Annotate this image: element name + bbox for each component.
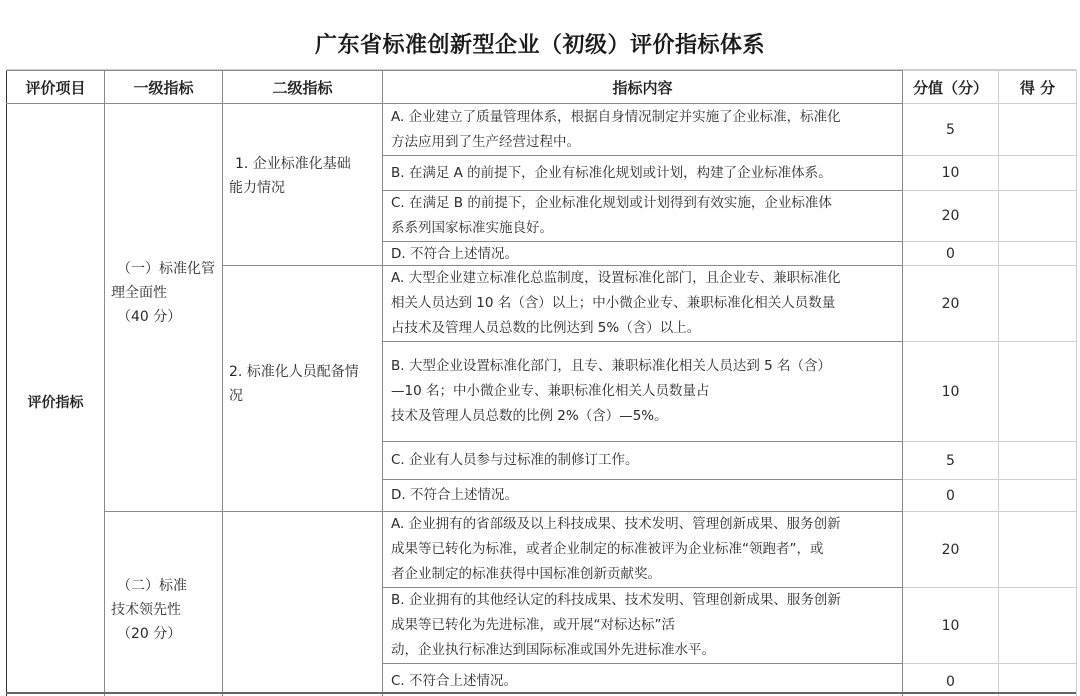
- header-level1: 一级指标: [105, 71, 223, 104]
- score-input-cell[interactable]: [999, 588, 1077, 664]
- points-cell: 5: [903, 442, 999, 480]
- content-cell: D. 不符合上述情况。: [383, 480, 903, 512]
- level2-cell-empty: [223, 512, 383, 696]
- header-level2: 二级指标: [223, 71, 383, 104]
- level1-line: （20 分）: [111, 622, 216, 646]
- content-line: B. 在满足 A 的前提下，企业有标准化规划或计划，构建了企业标准体系。: [391, 161, 894, 186]
- table-header-row: 评价项目 一级指标 二级指标 指标内容 分值（分） 得 分: [7, 71, 1077, 104]
- points-cell: 20: [903, 266, 999, 342]
- score-input-cell[interactable]: [999, 191, 1077, 242]
- content-line: A. 企业拥有的省部级及以上科技成果、技术发明、管理创新成果、服务创新: [391, 512, 894, 537]
- content-line: 占技术及管理人员总数的比例达到 5%（含）以上。: [391, 316, 894, 341]
- header-points: 分值（分）: [903, 71, 999, 104]
- level1-line: 理全面性: [111, 281, 216, 305]
- level2-cell: 2. 标准化人员配备情 况: [223, 266, 383, 512]
- content-line: D. 不符合上述情况。: [391, 243, 894, 265]
- content-line: A. 企业建立了质量管理体系，根据自身情况制定并实施了企业标准，标准化: [391, 105, 894, 130]
- points-cell: 10: [903, 588, 999, 664]
- content-line: D. 不符合上述情况。: [391, 483, 894, 508]
- header-score: 得 分: [999, 71, 1077, 104]
- points-cell: 10: [903, 342, 999, 442]
- level2-line: 2. 标准化人员配备情: [229, 360, 376, 384]
- content-line: 成果等已转化为先进标准，或开展“对标达标”活: [391, 613, 894, 638]
- table-bottom-border: [6, 692, 1076, 694]
- score-input-cell[interactable]: [999, 512, 1077, 588]
- content-cell: A. 大型企业建立标准化总监制度，设置标准化部门，且企业专、兼职标准化 相关人员…: [383, 266, 903, 342]
- content-line: C. 在满足 B 的前提下，企业标准化规划或计划得到有效实施，企业标准体: [391, 191, 894, 216]
- content-cell: C. 在满足 B 的前提下，企业标准化规划或计划得到有效实施，企业标准体 系系列…: [383, 191, 903, 242]
- level1-line: （一）标准化管: [111, 257, 216, 281]
- project-cell: 评价指标: [7, 104, 105, 696]
- level2-line: 能力情况: [229, 176, 376, 200]
- content-cell: B. 企业拥有的其他经认定的科技成果、技术发明、管理创新成果、服务创新 成果等已…: [383, 588, 903, 664]
- points-cell: 0: [903, 242, 999, 266]
- content-line: 系系列国家标准实施良好。: [391, 216, 894, 241]
- content-cell: C. 企业有人员参与过标准的制修订工作。: [383, 442, 903, 480]
- level2-line: 1. 企业标准化基础: [229, 152, 376, 176]
- content-line: 方法应用到了生产经营过程中。: [391, 130, 894, 155]
- level1-cell: （二）标准 技术领先性 （20 分）: [105, 512, 223, 696]
- level2-line: 况: [229, 384, 376, 408]
- content-line: C. 企业有人员参与过标准的制修订工作。: [391, 448, 894, 473]
- points-cell: 0: [903, 480, 999, 512]
- content-line: 技术及管理人员总数的比例 2%（含）—5%。: [391, 404, 894, 429]
- score-input-cell[interactable]: [999, 442, 1077, 480]
- level1-cell: （一）标准化管 理全面性 （40 分）: [105, 104, 223, 512]
- evaluation-index-table: 评价项目 一级指标 二级指标 指标内容 分值（分） 得 分 评价指标 （一）标准…: [6, 70, 1077, 696]
- content-line: A. 大型企业建立标准化总监制度，设置标准化部门，且企业专、兼职标准化: [391, 266, 894, 291]
- score-input-cell[interactable]: [999, 104, 1077, 156]
- content-line: 相关人员达到 10 名（含）以上；中小微企业专、兼职标准化相关人员数量: [391, 291, 894, 316]
- level1-line: 技术领先性: [111, 598, 216, 622]
- points-cell: 20: [903, 512, 999, 588]
- score-input-cell[interactable]: [999, 156, 1077, 191]
- content-line: 者企业制定的标准获得中国标准创新贡献奖。: [391, 562, 894, 587]
- content-cell: D. 不符合上述情况。: [383, 242, 903, 266]
- points-cell: 20: [903, 191, 999, 242]
- table-row: 评价指标 （一）标准化管 理全面性 （40 分） 1. 企业标准化基础 能力情况…: [7, 104, 1077, 156]
- table-row: （二）标准 技术领先性 （20 分） A. 企业拥有的省部级及以上科技成果、技术…: [7, 512, 1077, 588]
- content-cell: A. 企业建立了质量管理体系，根据自身情况制定并实施了企业标准，标准化 方法应用…: [383, 104, 903, 156]
- document-title: 广东省标准创新型企业（初级）评价指标体系: [0, 28, 1080, 59]
- score-input-cell[interactable]: [999, 480, 1077, 512]
- content-line: —10 名；中小微企业专、兼职标准化相关人员数量占: [391, 379, 894, 404]
- level1-line: （40 分）: [111, 305, 216, 329]
- level2-cell: 1. 企业标准化基础 能力情况: [223, 104, 383, 266]
- score-input-cell[interactable]: [999, 342, 1077, 442]
- content-line: B. 大型企业设置标准化部门，且专、兼职标准化相关人员达到 5 名（含）: [391, 354, 894, 379]
- score-input-cell[interactable]: [999, 266, 1077, 342]
- content-cell: B. 大型企业设置标准化部门，且专、兼职标准化相关人员达到 5 名（含） —10…: [383, 342, 903, 442]
- score-input-cell[interactable]: [999, 242, 1077, 266]
- header-project: 评价项目: [7, 71, 105, 104]
- content-line: 动，企业执行标准达到国际标准或国外先进标准水平。: [391, 638, 894, 663]
- points-cell: 10: [903, 156, 999, 191]
- level1-line: （二）标准: [111, 574, 216, 598]
- content-cell: A. 企业拥有的省部级及以上科技成果、技术发明、管理创新成果、服务创新 成果等已…: [383, 512, 903, 588]
- points-cell: 5: [903, 104, 999, 156]
- content-line: 成果等已转化为标准，或者企业制定的标准被评为企业标准“领跑者”，或: [391, 537, 894, 562]
- content-line: B. 企业拥有的其他经认定的科技成果、技术发明、管理创新成果、服务创新: [391, 588, 894, 613]
- header-content: 指标内容: [383, 71, 903, 104]
- content-line: C. 不符合上述情况。: [391, 669, 894, 694]
- content-cell: B. 在满足 A 的前提下，企业有标准化规划或计划，构建了企业标准体系。: [383, 156, 903, 191]
